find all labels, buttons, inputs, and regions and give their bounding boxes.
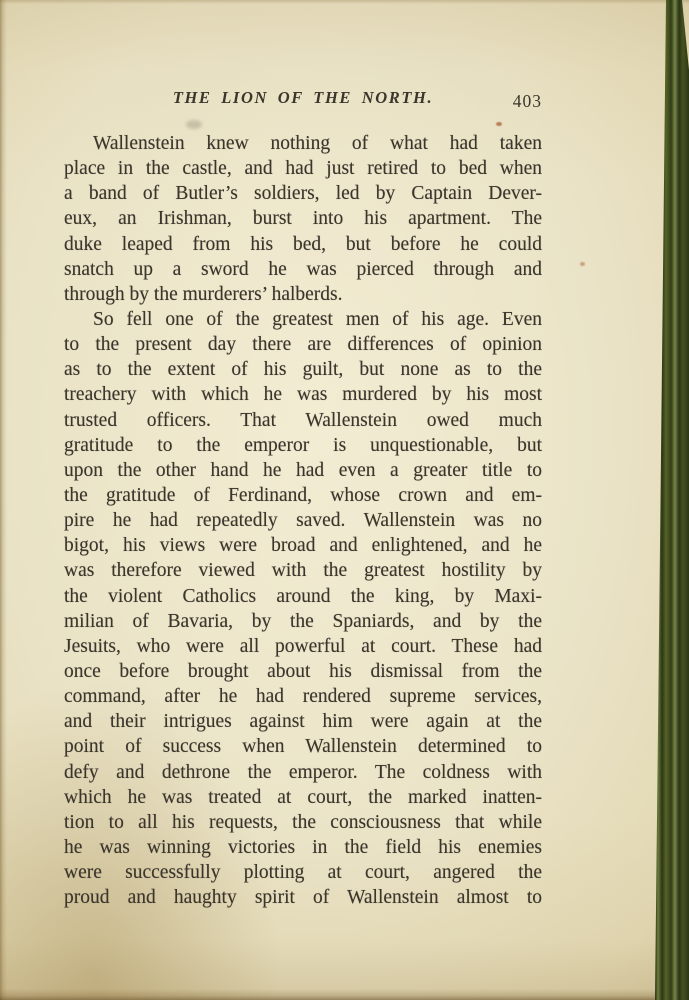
text-line: Wallenstein knew nothing of what had tak…	[64, 131, 542, 156]
text-line: milian of Bavaria, by the Spaniards, and…	[64, 609, 542, 634]
text-line: gratitude to the emperor is unquestionab…	[64, 433, 542, 458]
text-line: command, after he had rendered supreme s…	[64, 684, 542, 709]
text-line: pire he had repeatedly saved. Wallenstei…	[64, 508, 542, 533]
page-edge-left	[0, 0, 7, 1000]
text-line: place in the castle, and had just retire…	[64, 156, 542, 181]
red-speck	[496, 122, 502, 126]
red-speck	[580, 262, 585, 266]
dust-smudge	[186, 120, 202, 129]
page-number: 403	[513, 91, 542, 112]
book-page-scan: THE LION OF THE NORTH. 403 Wallenstein k…	[0, 0, 689, 1000]
text-line: and their intrigues against him were aga…	[64, 709, 542, 734]
text-line: as to the extent of his guilt, but none …	[64, 357, 542, 382]
text-line: the gratitude of Ferdinand, whose crown …	[64, 483, 542, 508]
text-line: bigot, his views were broad and enlighte…	[64, 533, 542, 558]
text-line: point of success when Wallenstein determ…	[64, 734, 542, 759]
page-header: THE LION OF THE NORTH. 403	[64, 88, 542, 114]
text-line: to the present day there are differences…	[64, 332, 542, 357]
running-title: THE LION OF THE NORTH.	[64, 88, 542, 108]
text-line: once before brought about his dismissal …	[64, 659, 542, 684]
text-line: were successfully plotting at court, ang…	[64, 860, 542, 885]
text-line: tion to all his requests, the consciousn…	[64, 810, 542, 835]
text-block: Wallenstein knew nothing of what had tak…	[64, 131, 542, 910]
text-line: which he was treated at court, the marke…	[64, 785, 542, 810]
text-line: he was winning victories in the field hi…	[64, 835, 542, 860]
text-line: through by the murderers’ halberds.	[64, 282, 542, 307]
text-line: Jesuits, who were all powerful at court.…	[64, 634, 542, 659]
page-edge-top	[0, 0, 689, 4]
text-line: a band of Butler’s soldiers, led by Capt…	[64, 181, 542, 206]
text-line: So fell one of the greatest men of his a…	[64, 307, 542, 332]
page-edge-bottom	[0, 989, 689, 1000]
text-line: upon the other hand he had even a greate…	[64, 458, 542, 483]
text-line: trusted officers. That Wallenstein owed …	[64, 408, 542, 433]
text-line: duke leaped from his bed, but before he …	[64, 232, 542, 257]
text-line: snatch up a sword he was pierced through…	[64, 257, 542, 282]
text-line: treachery with which he was murdered by …	[64, 382, 542, 407]
text-line: the violent Catholics around the king, b…	[64, 584, 542, 609]
text-line: defy and dethrone the emperor. The coldn…	[64, 760, 542, 785]
text-line: was therefore viewed with the greatest h…	[64, 558, 542, 583]
text-line: eux, an Irishman, burst into his apartme…	[64, 206, 542, 231]
text-line: proud and haughty spirit of Wallenstein …	[64, 885, 542, 910]
book-cover-edge	[649, 0, 689, 1000]
